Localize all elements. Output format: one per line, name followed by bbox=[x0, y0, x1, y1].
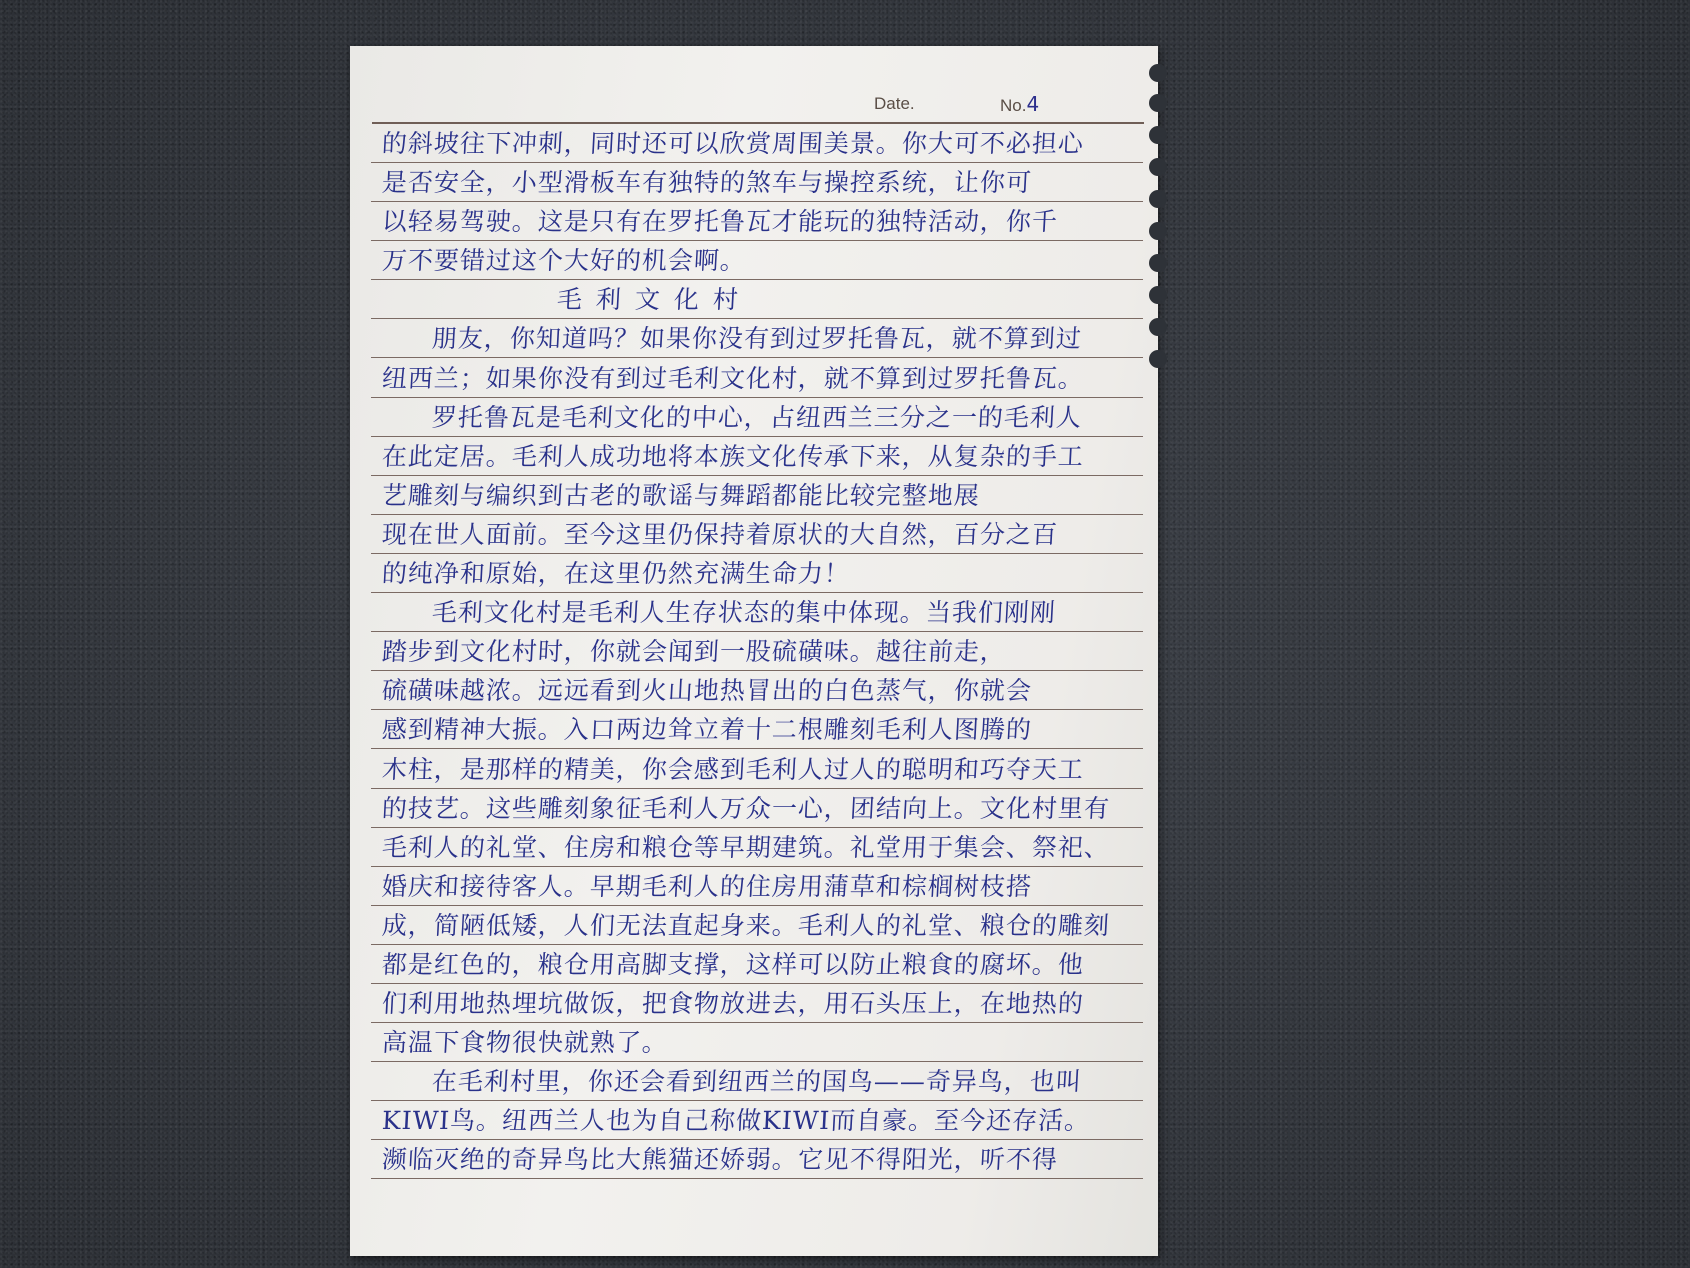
text-line: 都是红色的，粮仓用高脚支撑，这样可以防止粮食的腐坏。他 bbox=[371, 945, 1145, 984]
text-line: 现在世人面前。至今这里仍保持着原状的大自然，百分之百 bbox=[371, 515, 1145, 554]
text-line: 的技艺。这些雕刻象征毛利人万众一心，团结向上。文化村里有 bbox=[371, 789, 1145, 828]
perforation-hole bbox=[1149, 254, 1167, 272]
paragraph-start-line: 在毛利村里，你还会看到纽西兰的国鸟——奇异鸟，也叫 bbox=[371, 1062, 1145, 1101]
text-line: 濒临灭绝的奇异鸟比大熊猫还娇弱。它见不得阳光，听不得 bbox=[371, 1140, 1145, 1179]
section-title: 毛利文化村 bbox=[371, 280, 1145, 319]
perforation-hole bbox=[1149, 286, 1167, 304]
perforation-hole bbox=[1149, 158, 1167, 176]
perforation-hole bbox=[1149, 64, 1167, 82]
text-line: 是否安全，小型滑板车有独特的煞车与操控系统，让你可 bbox=[371, 163, 1145, 202]
text-line: 纽西兰；如果你没有到过毛利文化村，就不算到过罗托鲁瓦。 bbox=[371, 359, 1145, 398]
text-line: 在此定居。毛利人成功地将本族文化传承下来，从复杂的手工 bbox=[371, 437, 1145, 476]
perforation-hole bbox=[1149, 318, 1167, 336]
text-line: 毛利人的礼堂、住房和粮仓等早期建筑。礼堂用于集会、祭祀、 bbox=[371, 828, 1145, 867]
no-label: No. bbox=[1000, 96, 1026, 115]
text-line: 的斜坡往下冲刺，同时还可以欣赏周围美景。你大可不必担心 bbox=[371, 124, 1145, 163]
text-line: 的纯净和原始，在这里仍然充满生命力！ bbox=[371, 554, 1145, 593]
letter-page: Date. No.4 的斜坡往下冲刺，同时还可以欣赏周围美景。你大可不必担心 是… bbox=[350, 46, 1158, 1256]
perforation-hole bbox=[1149, 222, 1167, 240]
ruled-lines: 的斜坡往下冲刺，同时还可以欣赏周围美景。你大可不必担心 是否安全，小型滑板车有独… bbox=[372, 124, 1144, 1180]
text-line: 万不要错过这个大好的机会啊。 bbox=[371, 241, 1145, 280]
text-line: 婚庆和接待客人。早期毛利人的住房用蒲草和棕榈树枝搭 bbox=[371, 867, 1145, 906]
paragraph-start-line: 毛利文化村是毛利人生存状态的集中体现。当我们刚刚 bbox=[371, 593, 1145, 632]
text-line: 以轻易驾驶。这是只有在罗托鲁瓦才能玩的独特活动，你千 bbox=[371, 202, 1145, 241]
date-label: Date. bbox=[874, 94, 915, 114]
text-line: 木柱，是那样的精美，你会感到毛利人过人的聪明和巧夺天工 bbox=[371, 750, 1145, 789]
text-line: 硫磺味越浓。远远看到火山地热冒出的白色蒸气，你就会 bbox=[371, 671, 1145, 710]
text-line: 艺雕刻与编织到古老的歌谣与舞蹈都能比较完整地展 bbox=[371, 476, 1145, 515]
text-line: 感到精神大振。入口两边耸立着十二根雕刻毛利人图腾的 bbox=[371, 710, 1145, 749]
page-number: 4 bbox=[1026, 92, 1039, 116]
paragraph-start-line: 罗托鲁瓦是毛利文化的中心，占纽西兰三分之一的毛利人 bbox=[371, 398, 1145, 437]
text-line: 成，简陋低矮，人们无法直起身来。毛利人的礼堂、粮仓的雕刻 bbox=[371, 906, 1145, 945]
text-line: 踏步到文化村时，你就会闻到一股硫磺味。越往前走， bbox=[371, 632, 1145, 671]
page-number-label: No.4 bbox=[1000, 92, 1039, 116]
paragraph-start-line: 朋友，你知道吗？如果你没有到过罗托鲁瓦，就不算到过 bbox=[371, 319, 1145, 358]
text-line: 高温下食物很快就熟了。 bbox=[371, 1023, 1145, 1062]
perforation-hole bbox=[1149, 350, 1167, 368]
text-line: KIWI鸟。纽西兰人也为自己称做KIWI而自豪。至今还存活。 bbox=[371, 1101, 1145, 1140]
perforation-hole bbox=[1149, 126, 1167, 144]
text-line: 们利用地热埋坑做饭，把食物放进去，用石头压上，在地热的 bbox=[371, 984, 1145, 1023]
perforation-hole bbox=[1149, 94, 1167, 112]
perforation-hole bbox=[1149, 190, 1167, 208]
